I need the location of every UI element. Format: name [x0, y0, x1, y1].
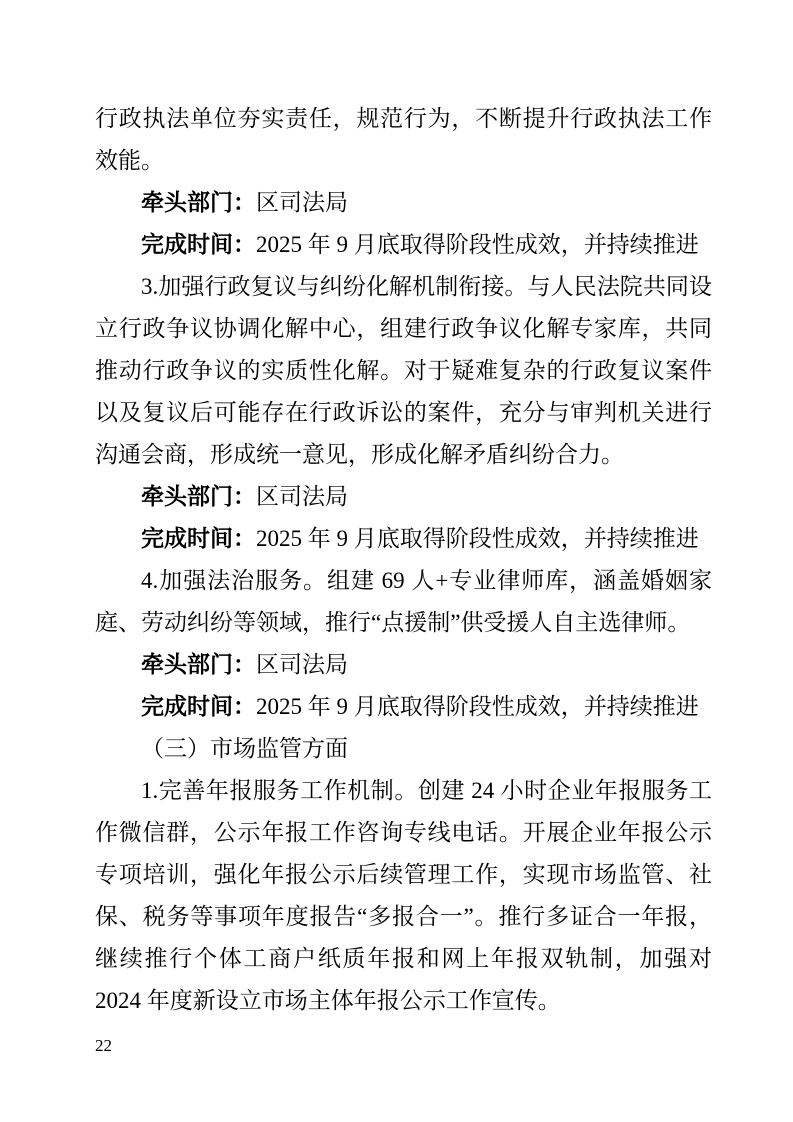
- paragraph-item-4: 4.加强法治服务。组建 69 人+专业律师库，涵盖婚姻家庭、劳动纠纷等领域，推行…: [95, 560, 712, 644]
- lead-department-line: 牵头部门：区司法局: [95, 476, 712, 518]
- document-page: 行政执法单位夯实责任，规范行为，不断提升行政执法工作效能。 牵头部门：区司法局 …: [0, 0, 793, 1122]
- lead-department-label: 牵头部门：: [141, 190, 256, 215]
- completion-time-line: 完成时间：2025 年 9 月底取得阶段性成效，并持续推进: [95, 686, 712, 728]
- completion-time-value: 2025 年 9 月底取得阶段性成效，并持续推进: [256, 694, 699, 719]
- lead-department-value: 区司法局: [256, 190, 348, 215]
- paragraph-item-3: 3.加强行政复议与纠纷化解机制衔接。与人民法院共同设立行政争议协调化解中心，组建…: [95, 266, 712, 476]
- page-number: 22: [95, 1036, 112, 1056]
- completion-time-value: 2025 年 9 月底取得阶段性成效，并持续推进: [256, 526, 699, 551]
- lead-department-line: 牵头部门：区司法局: [95, 182, 712, 224]
- completion-time-label: 完成时间：: [141, 232, 256, 257]
- lead-department-value: 区司法局: [256, 484, 348, 509]
- lead-department-value: 区司法局: [256, 652, 348, 677]
- paragraph-item-1-annual-report: 1.完善年报服务工作机制。创建 24 小时企业年报服务工作微信群，公示年报工作咨…: [95, 770, 712, 1022]
- completion-time-label: 完成时间：: [141, 694, 256, 719]
- completion-time-line: 完成时间：2025 年 9 月底取得阶段性成效，并持续推进: [95, 224, 712, 266]
- section-heading-market-supervision: （三）市场监管方面: [95, 728, 712, 770]
- lead-department-label: 牵头部门：: [141, 484, 256, 509]
- completion-time-line: 完成时间：2025 年 9 月底取得阶段性成效，并持续推进: [95, 518, 712, 560]
- lead-department-line: 牵头部门：区司法局: [95, 644, 712, 686]
- lead-department-label: 牵头部门：: [141, 652, 256, 677]
- document-body: 行政执法单位夯实责任，规范行为，不断提升行政执法工作效能。 牵头部门：区司法局 …: [95, 98, 712, 1022]
- completion-time-value: 2025 年 9 月底取得阶段性成效，并持续推进: [256, 232, 699, 257]
- paragraph-continuation: 行政执法单位夯实责任，规范行为，不断提升行政执法工作效能。: [95, 98, 712, 182]
- completion-time-label: 完成时间：: [141, 526, 256, 551]
